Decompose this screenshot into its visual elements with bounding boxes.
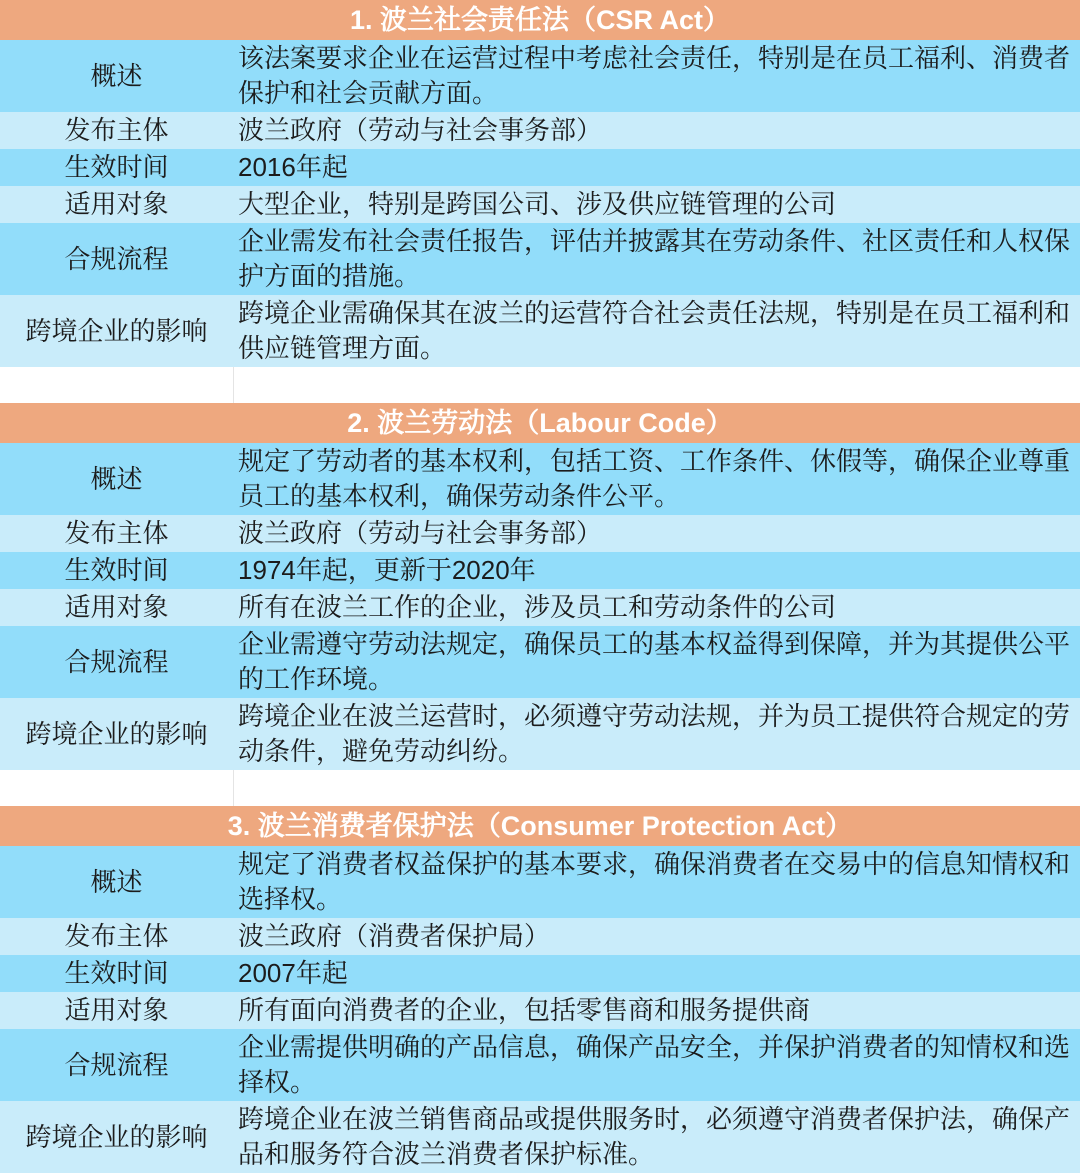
spacer-label-cell — [0, 367, 234, 403]
table-row: 跨境企业的影响 跨境企业需确保其在波兰的运营符合社会责任法规，特别是在员工福利和… — [0, 295, 1080, 367]
row-value: 波兰政府（劳动与社会事务部） — [233, 515, 1080, 552]
table-row: 合规流程 企业需遵守劳动法规定，确保员工的基本权益得到保障，并为其提供公平的工作… — [0, 626, 1080, 698]
row-label: 生效时间 — [0, 955, 233, 992]
row-value: 大型企业，特别是跨国公司、涉及供应链管理的公司 — [233, 186, 1080, 223]
row-value: 企业需发布社会责任报告，评估并披露其在劳动条件、社区责任和人权保护方面的措施。 — [233, 223, 1080, 295]
table-title: 2. 波兰劳动法（Labour Code） — [0, 403, 1080, 443]
row-label: 发布主体 — [0, 112, 233, 149]
table-row: 生效时间 2007年起 — [0, 955, 1080, 992]
row-value: 2007年起 — [233, 955, 1080, 992]
table-row: 合规流程 企业需提供明确的产品信息，确保产品安全，并保护消费者的知情权和选择权。 — [0, 1029, 1080, 1101]
spacer-row — [0, 770, 1080, 806]
row-value: 所有在波兰工作的企业，涉及员工和劳动条件的公司 — [233, 589, 1080, 626]
table-consumer-protection-act: 3. 波兰消费者保护法（Consumer Protection Act） 概述 … — [0, 806, 1080, 1173]
row-value: 企业需遵守劳动法规定，确保员工的基本权益得到保障，并为其提供公平的工作环境。 — [233, 626, 1080, 698]
row-label: 适用对象 — [0, 992, 233, 1029]
row-value: 规定了消费者权益保护的基本要求，确保消费者在交易中的信息知情权和选择权。 — [233, 846, 1080, 918]
row-value: 波兰政府（消费者保护局） — [233, 918, 1080, 955]
table-row: 适用对象 所有面向消费者的企业，包括零售商和服务提供商 — [0, 992, 1080, 1029]
row-value: 跨境企业在波兰运营时，必须遵守劳动法规，并为员工提供符合规定的劳动条件，避免劳动… — [233, 698, 1080, 770]
row-label: 跨境企业的影响 — [0, 1101, 233, 1173]
table-row: 适用对象 大型企业，特别是跨国公司、涉及供应链管理的公司 — [0, 186, 1080, 223]
table-title: 1. 波兰社会责任法（CSR Act） — [0, 0, 1080, 40]
row-label: 生效时间 — [0, 552, 233, 589]
row-value: 企业需提供明确的产品信息，确保产品安全，并保护消费者的知情权和选择权。 — [233, 1029, 1080, 1101]
row-label: 适用对象 — [0, 186, 233, 223]
poland-law-tables-page: 1. 波兰社会责任法（CSR Act） 概述 该法案要求企业在运营过程中考虑社会… — [0, 0, 1080, 1173]
row-label: 合规流程 — [0, 626, 233, 698]
row-label: 发布主体 — [0, 918, 233, 955]
table-row: 生效时间 1974年起，更新于2020年 — [0, 552, 1080, 589]
table-row: 发布主体 波兰政府（消费者保护局） — [0, 918, 1080, 955]
table-title: 3. 波兰消费者保护法（Consumer Protection Act） — [0, 806, 1080, 846]
spacer-value-cell — [234, 367, 1080, 403]
row-label: 发布主体 — [0, 515, 233, 552]
table-row: 发布主体 波兰政府（劳动与社会事务部） — [0, 112, 1080, 149]
row-value: 该法案要求企业在运营过程中考虑社会责任，特别是在员工福利、消费者保护和社会贡献方… — [233, 40, 1080, 112]
table-row: 概述 该法案要求企业在运营过程中考虑社会责任，特别是在员工福利、消费者保护和社会… — [0, 40, 1080, 112]
table-row: 生效时间 2016年起 — [0, 149, 1080, 186]
row-value: 规定了劳动者的基本权利，包括工资、工作条件、休假等，确保企业尊重员工的基本权利，… — [233, 443, 1080, 515]
table-row: 合规流程 企业需发布社会责任报告，评估并披露其在劳动条件、社区责任和人权保护方面… — [0, 223, 1080, 295]
spacer-value-cell — [234, 770, 1080, 806]
row-label: 概述 — [0, 443, 233, 515]
table-row: 跨境企业的影响 跨境企业在波兰销售商品或提供服务时，必须遵守消费者保护法，确保产… — [0, 1101, 1080, 1173]
row-label: 合规流程 — [0, 1029, 233, 1101]
table-row: 跨境企业的影响 跨境企业在波兰运营时，必须遵守劳动法规，并为员工提供符合规定的劳… — [0, 698, 1080, 770]
row-label: 概述 — [0, 40, 233, 112]
row-label: 跨境企业的影响 — [0, 698, 233, 770]
spacer-label-cell — [0, 770, 234, 806]
table-row: 适用对象 所有在波兰工作的企业，涉及员工和劳动条件的公司 — [0, 589, 1080, 626]
row-value: 波兰政府（劳动与社会事务部） — [233, 112, 1080, 149]
row-label: 跨境企业的影响 — [0, 295, 233, 367]
table-row: 发布主体 波兰政府（劳动与社会事务部） — [0, 515, 1080, 552]
row-label: 合规流程 — [0, 223, 233, 295]
row-value: 跨境企业需确保其在波兰的运营符合社会责任法规，特别是在员工福利和供应链管理方面。 — [233, 295, 1080, 367]
row-label: 概述 — [0, 846, 233, 918]
table-row: 概述 规定了劳动者的基本权利，包括工资、工作条件、休假等，确保企业尊重员工的基本… — [0, 443, 1080, 515]
table-labour-code: 2. 波兰劳动法（Labour Code） 概述 规定了劳动者的基本权利，包括工… — [0, 403, 1080, 770]
row-value: 2016年起 — [233, 149, 1080, 186]
row-value: 1974年起，更新于2020年 — [233, 552, 1080, 589]
spacer-row — [0, 367, 1080, 403]
row-value: 跨境企业在波兰销售商品或提供服务时，必须遵守消费者保护法，确保产品和服务符合波兰… — [233, 1101, 1080, 1173]
row-value: 所有面向消费者的企业，包括零售商和服务提供商 — [233, 992, 1080, 1029]
row-label: 生效时间 — [0, 149, 233, 186]
table-csr-act: 1. 波兰社会责任法（CSR Act） 概述 该法案要求企业在运营过程中考虑社会… — [0, 0, 1080, 367]
table-row: 概述 规定了消费者权益保护的基本要求，确保消费者在交易中的信息知情权和选择权。 — [0, 846, 1080, 918]
row-label: 适用对象 — [0, 589, 233, 626]
